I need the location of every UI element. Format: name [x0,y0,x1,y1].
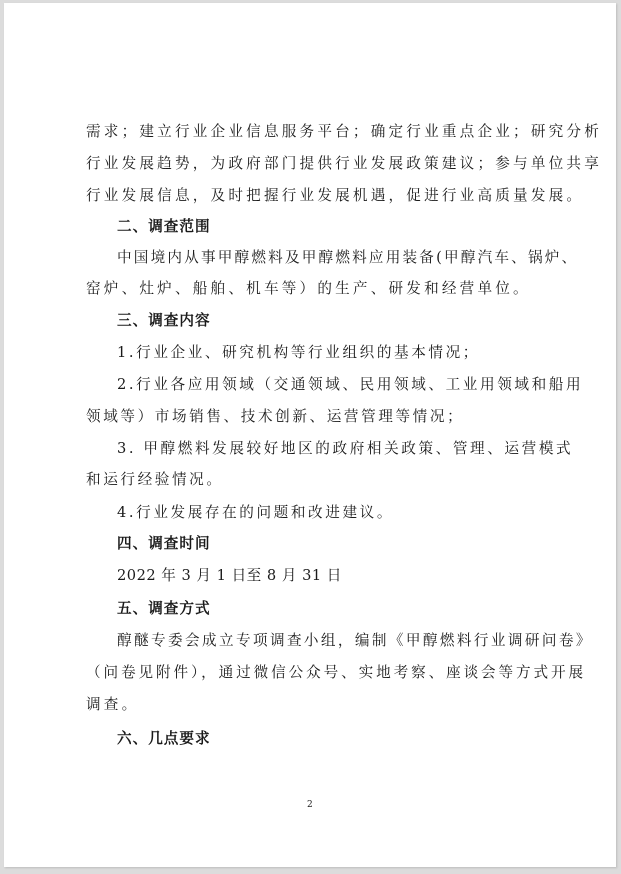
section-heading-scope: 二、调查范围 [117,217,211,237]
paragraph-line: 中国境内从事甲醇燃料及甲醇燃料应用装备(甲醇汽车、锅炉、 [117,248,578,268]
paragraph-line: （问卷见附件），通过微信公众号、实地考察、座谈会等方式开展 [86,663,586,683]
section-heading-time: 四、调查时间 [117,534,211,554]
paragraph-line: 醇醚专委会成立专项调查小组，编制《甲醇燃料行业调研问卷》 [117,631,593,651]
paragraph-line: 行业发展信息，及时把握行业发展机遇，促进行业高质量发展。 [86,186,584,206]
section-heading-method: 五、调查方式 [117,599,211,619]
list-item: 4.行业发展存在的问题和改进建议。 [117,503,394,523]
list-item: 1.行业企业、研究机构等行业组织的基本情况； [117,343,480,363]
list-item: 3. 甲醇燃料发展较好地区的政府相关政策、管理、运营模式 [117,439,573,459]
document-page: 需求；建立行业企业信息服务平台；确定行业重点企业；研究分析 行业发展趋势，为政府… [4,3,616,867]
survey-period: 2022 年 3 月 1 日至 8 月 31 日 [117,566,342,586]
paragraph-line: 需求；建立行业企业信息服务平台；确定行业重点企业；研究分析 [86,122,602,142]
paragraph-line: 行业发展趋势，为政府部门提供行业发展政策建议；参与单位共享 [86,154,602,174]
page-number: 2 [307,800,313,810]
paragraph-line: 窑炉、灶炉、船舶、机车等）的生产、研发和经营单位。 [86,279,531,299]
section-heading-requirements: 六、几点要求 [117,729,211,749]
list-item: 2.行业各应用领域（交通领域、民用领域、工业用领域和船用 [117,375,583,395]
paragraph-line: 调查。 [86,695,139,715]
paragraph-line: 领域等）市场销售、技术创新、运营管理等情况； [86,407,464,427]
section-heading-content: 三、调查内容 [117,311,211,331]
paragraph-line: 和运行经验情况。 [86,470,224,490]
